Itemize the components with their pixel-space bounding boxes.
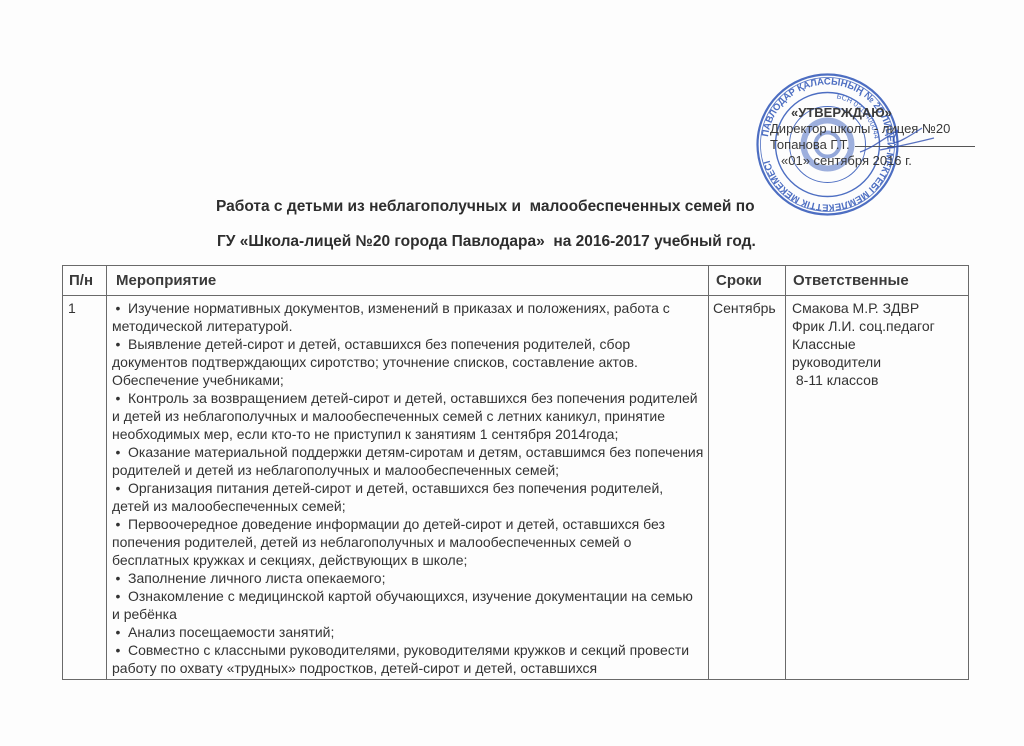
bullet-icon: • xyxy=(114,299,122,317)
document-title: Работа с детьми из неблагополучных и мал… xyxy=(0,198,1024,216)
signature-icon xyxy=(850,120,940,160)
event-item: •Организация питания детей-сирот и детей… xyxy=(112,479,704,515)
event-item: •Контроль за возвращением детей-сирот и … xyxy=(112,389,704,443)
event-text: Выявление детей-сирот и детей, оставшихс… xyxy=(112,336,638,388)
bullet-icon: • xyxy=(114,569,122,587)
event-text: Первоочередное доведение информации до д… xyxy=(112,516,665,568)
row-responsible: Смакова М.Р. ЗДВРФрик Л.И. соц.педагогКл… xyxy=(786,296,969,680)
responsible-line: руководители xyxy=(792,353,968,371)
row-events: •Изучение нормативных документов, измене… xyxy=(107,296,709,680)
header-responsible: Ответственные xyxy=(786,266,969,296)
table-header-row: П/н Мероприятие Сроки Ответственные xyxy=(63,266,969,296)
header-num: П/н xyxy=(63,266,107,296)
event-item: •Оказание материальной поддержки детям-с… xyxy=(112,443,704,479)
event-item: •Анализ посещаемости занятий; xyxy=(112,623,704,641)
responsible-line: Смакова М.Р. ЗДВР xyxy=(792,299,968,317)
event-item: •Ознакомление с медицинской картой обуча… xyxy=(112,587,704,623)
event-item: •Выявление детей-сирот и детей, оставших… xyxy=(112,335,704,389)
event-item: •Изучение нормативных документов, измене… xyxy=(112,299,704,335)
event-item: •Совместно с классными руководителями, р… xyxy=(112,641,704,677)
bullet-icon: • xyxy=(114,587,122,605)
bullet-icon: • xyxy=(114,443,122,461)
responsible-line: 8-11 классов xyxy=(792,371,968,389)
event-text: Изучение нормативных документов, изменен… xyxy=(112,300,670,334)
table-row: 1•Изучение нормативных документов, измен… xyxy=(63,296,969,680)
event-text: Организация питания детей-сирот и детей,… xyxy=(112,480,663,514)
event-text: Заполнение личного листа опекаемого; xyxy=(128,570,385,586)
bullet-icon: • xyxy=(114,335,122,353)
document-page: ПАВЛОДАР ҚАЛАСЫНЫҢ № 20 ЛИЦЕЙ-МЕКТЕБІ МЕ… xyxy=(0,0,1024,746)
header-term: Сроки xyxy=(709,266,786,296)
responsible-line: Классные xyxy=(792,335,968,353)
event-text: Совместно с классными руководителями, ру… xyxy=(112,642,689,676)
bullet-icon: • xyxy=(114,623,122,641)
responsible-line: Фрик Л.И. соц.педагог xyxy=(792,317,968,335)
event-item: •Заполнение личного листа опекаемого; xyxy=(112,569,704,587)
event-text: Анализ посещаемости занятий; xyxy=(128,624,334,640)
document-subtitle: ГУ «Школа-лицей №20 города Павлодара» на… xyxy=(0,233,1024,251)
bullet-icon: • xyxy=(114,515,122,533)
bullet-icon: • xyxy=(114,479,122,497)
event-text: Оказание материальной поддержки детям-си… xyxy=(112,444,703,478)
row-number: 1 xyxy=(63,296,107,680)
event-text: Контроль за возвращением детей-сирот и д… xyxy=(112,390,698,442)
bullet-icon: • xyxy=(114,641,122,659)
header-event: Мероприятие xyxy=(107,266,709,296)
bullet-icon: • xyxy=(114,389,122,407)
plan-table: П/н Мероприятие Сроки Ответственные 1•Из… xyxy=(62,265,969,680)
event-text: Ознакомление с медицинской картой обучаю… xyxy=(112,588,693,622)
approval-title: «УТВЕРЖДАЮ» xyxy=(770,105,990,121)
row-term: Сентябрь xyxy=(709,296,786,680)
event-item: •Первоочередное доведение информации до … xyxy=(112,515,704,569)
